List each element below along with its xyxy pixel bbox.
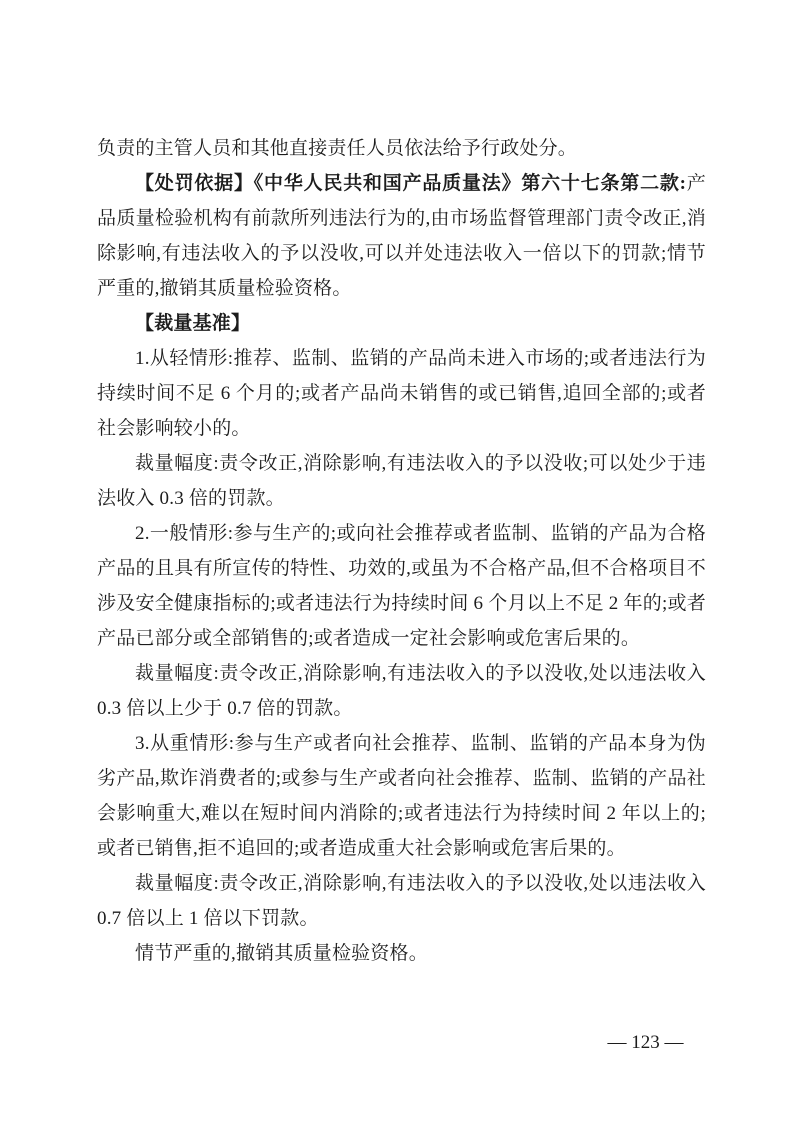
text-run: 裁量幅度:责令改正,消除影响,有违法收入的予以没收,处以违法收入 0.7 倍以上… bbox=[97, 873, 706, 929]
paragraph: 【处罚依据】《中华人民共和国产品质量法》第六十七条第二款:产品质量检验机构有前款… bbox=[97, 166, 706, 306]
text-run: 负责的主管人员和其他直接责任人员依法给予行政处分。 bbox=[97, 138, 577, 159]
text-run: 3.从重情形:参与生产或者向社会推荐、监制、监销的产品本身为伪劣产品,欺诈消费者… bbox=[97, 733, 706, 859]
text-run: 2.一般情形:参与生产的;或向社会推荐或者监制、监销的产品为合格产品的且具有所宣… bbox=[97, 523, 706, 649]
text-run: 裁量幅度:责令改正,消除影响,有违法收入的予以没收;可以处少于违法收入 0.3 … bbox=[97, 453, 706, 509]
text-run: 裁量幅度:责令改正,消除影响,有违法收入的予以没收,处以违法收入 0.3 倍以上… bbox=[97, 663, 706, 719]
paragraph: 情节严重的,撤销其质量检验资格。 bbox=[97, 936, 706, 971]
paragraph: 2.一般情形:参与生产的;或向社会推荐或者监制、监销的产品为合格产品的且具有所宣… bbox=[97, 516, 706, 656]
paragraph: 裁量幅度:责令改正,消除影响,有违法收入的予以没收,处以违法收入 0.3 倍以上… bbox=[97, 656, 706, 726]
bold-text-run: 【裁量基准】 bbox=[135, 313, 250, 334]
paragraph: 1.从轻情形:推荐、监制、监销的产品尚未进入市场的;或者违法行为持续时间不足 6… bbox=[97, 341, 706, 446]
paragraph: 负责的主管人员和其他直接责任人员依法给予行政处分。 bbox=[97, 131, 706, 166]
paragraph: 裁量幅度:责令改正,消除影响,有违法收入的予以没收;可以处少于违法收入 0.3 … bbox=[97, 446, 706, 516]
document-body: 负责的主管人员和其他直接责任人员依法给予行政处分。【处罚依据】《中华人民共和国产… bbox=[97, 131, 706, 971]
text-run: 1.从轻情形:推荐、监制、监销的产品尚未进入市场的;或者违法行为持续时间不足 6… bbox=[97, 348, 706, 439]
text-run: 情节严重的,撤销其质量检验资格。 bbox=[135, 943, 428, 964]
page-number: — 123 — bbox=[588, 1029, 703, 1057]
paragraph: 裁量幅度:责令改正,消除影响,有违法收入的予以没收,处以违法收入 0.7 倍以上… bbox=[97, 866, 706, 936]
paragraph: 【裁量基准】 bbox=[97, 306, 706, 341]
bold-text-run: 【处罚依据】《中华人民共和国产品质量法》第六十七条第二款: bbox=[135, 173, 686, 194]
paragraph: 3.从重情形:参与生产或者向社会推荐、监制、监销的产品本身为伪劣产品,欺诈消费者… bbox=[97, 726, 706, 866]
document-page: 负责的主管人员和其他直接责任人员依法给予行政处分。【处罚依据】《中华人民共和国产… bbox=[0, 0, 793, 1122]
